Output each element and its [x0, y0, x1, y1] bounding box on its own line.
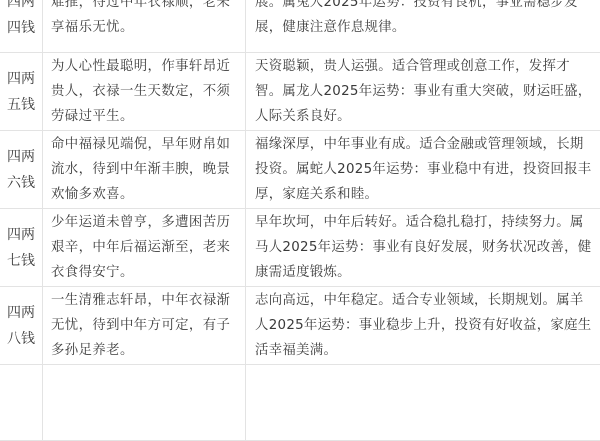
weight-qian: 五钱 — [2, 92, 40, 118]
weight-liang: 四两 — [2, 66, 40, 92]
weight-qian: 八钱 — [2, 326, 40, 352]
fortune-cell: 早年坎坷，中年后转好。适合稳扎稳打，持续努力。属马人2025年运势：事业有良好发… — [246, 209, 600, 287]
poem-cell: 一生清雅志轩昂，中年衣禄渐无忧，待到中年方可定，有子多孙足养老。 — [43, 287, 246, 365]
fortune-cell: 天资聪颖，贵人运强。适合管理或创意工作，发挥才智。属龙人2025年运势：事业有重… — [246, 53, 600, 131]
weight-liang: 四两 — [2, 222, 40, 248]
weight-cell: 四两 六钱 — [0, 131, 43, 209]
table-row: 四两 六钱 命中福禄见端倪，早年财帛如流水，待到中年渐丰腴，晚景欢愉多欢喜。 福… — [0, 131, 600, 209]
weight-liang: 四两 — [2, 144, 40, 170]
table-row-cut-off — [0, 365, 600, 401]
weight-qian: 六钱 — [2, 170, 40, 196]
weight-liang: 四两 — [2, 300, 40, 326]
poem-cell — [43, 365, 246, 401]
weight-cell: 四两 八钱 — [0, 287, 43, 365]
bone-weight-fortune-table: 四两 四钱 难推，待过中年衣禄顺，老来享福乐无忧。 展。属兔人2025年运势：投… — [0, 0, 600, 400]
poem-cell: 难推，待过中年衣禄顺，老来享福乐无忧。 — [43, 0, 246, 53]
poem-cell: 少年运道未曾亨，多遭困苦历艰辛，中年后福运渐至，老来衣食得安宁。 — [43, 209, 246, 287]
table-row: 四两 七钱 少年运道未曾亨，多遭困苦历艰辛，中年后福运渐至，老来衣食得安宁。 早… — [0, 209, 600, 287]
weight-qian: 四钱 — [2, 15, 40, 41]
table-row: 四两 四钱 难推，待过中年衣禄顺，老来享福乐无忧。 展。属兔人2025年运势：投… — [0, 0, 600, 53]
poem-cell: 为人心性最聪明，作事轩昂近贵人，衣禄一生天数定，不须劳碌过平生。 — [43, 53, 246, 131]
fortune-cell — [246, 365, 600, 401]
weight-cell: 四两 五钱 — [0, 53, 43, 131]
fortune-cell: 展。属兔人2025年运势：投资有良机，事业需稳步发展，健康注意作息规律。 — [246, 0, 600, 53]
fortune-cell: 志向高远，中年稳定。适合专业领域，长期规划。属羊人2025年运势：事业稳步上升，… — [246, 287, 600, 365]
weight-cell: 四两 七钱 — [0, 209, 43, 287]
weight-liang: 四两 — [2, 0, 40, 15]
weight-qian: 七钱 — [2, 248, 40, 274]
fortune-table-container: 四两 四钱 难推，待过中年衣禄顺，老来享福乐无忧。 展。属兔人2025年运势：投… — [0, 0, 600, 400]
fortune-cell: 福缘深厚，中年事业有成。适合金融或管理领域，长期投资。属蛇人2025年运势：事业… — [246, 131, 600, 209]
table-row: 四两 八钱 一生清雅志轩昂，中年衣禄渐无忧，待到中年方可定，有子多孙足养老。 志… — [0, 287, 600, 365]
weight-cell: 四两 四钱 — [0, 0, 43, 53]
table-row: 四两 五钱 为人心性最聪明，作事轩昂近贵人，衣禄一生天数定，不须劳碌过平生。 天… — [0, 53, 600, 131]
poem-cell: 命中福禄见端倪，早年财帛如流水，待到中年渐丰腴，晚景欢愉多欢喜。 — [43, 131, 246, 209]
weight-cell — [0, 365, 43, 401]
